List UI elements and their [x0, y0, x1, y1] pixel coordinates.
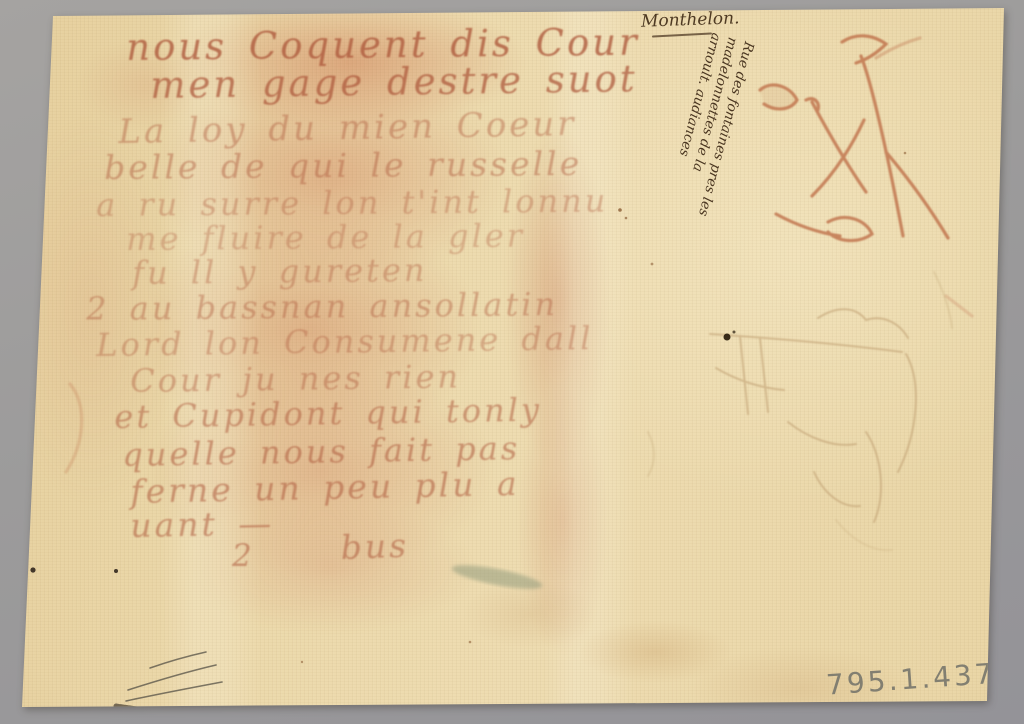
accession-number: 795.1.4374	[825, 655, 1017, 701]
diagonal-ink-note: Rue des fontaines pres les madelonnettes…	[661, 31, 757, 218]
manuscript-paper-sheet: nous Coquent dis Cour men gage destre su…	[0, 0, 1024, 724]
paper-sheet-wrapper: nous Coquent dis Cour men gage destre su…	[0, 0, 1024, 724]
collection-stamp-mark	[116, 706, 158, 712]
manuscript-word: bus	[340, 526, 410, 567]
pencil-hatch-marks	[116, 652, 222, 712]
gray-mat-background: nous Coquent dis Cour men gage destre su…	[0, 0, 1024, 724]
manuscript-line: belle de qui le russelle	[104, 144, 582, 187]
manuscript-line: Lord lon Consumene dall	[96, 319, 594, 364]
manuscript-line: men gage destre suot	[150, 57, 638, 107]
manuscript-numeral: 2	[232, 538, 255, 574]
manuscript-line: ferne un peu plu a	[130, 464, 520, 511]
ink-blot	[724, 331, 736, 341]
faint-figure-sketch	[648, 272, 952, 550]
manuscript-line: fu ll y gureten	[132, 251, 428, 292]
location-annotation: Monthelon.	[641, 8, 740, 31]
graphite-smudge	[450, 560, 543, 593]
annotation-underline	[652, 32, 712, 37]
